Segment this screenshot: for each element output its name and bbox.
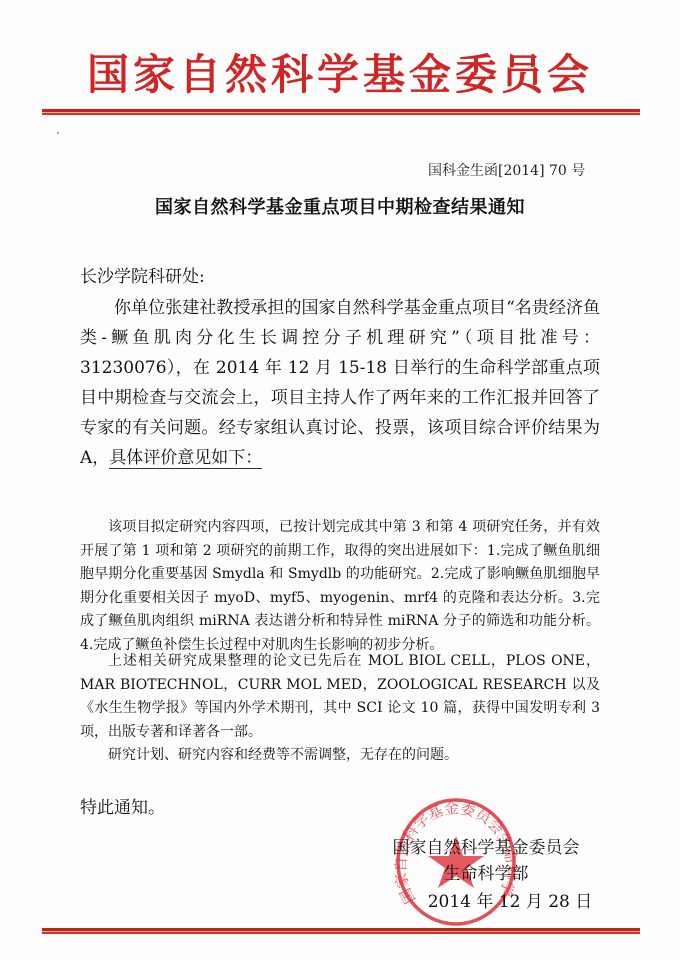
paragraph-summary-text: 你单位张建社教授承担的国家自然科学基金重点项目“名贵经济鱼类-鳜鱼肌肉分化生长调… — [80, 298, 600, 468]
letterhead-title: 国家自然科学基金委员会 — [0, 50, 680, 100]
scan-speck — [57, 132, 59, 134]
document-number: 国科金生函[2014] 70 号 — [428, 160, 585, 180]
paragraph-plan: 研究计划、研究内容和经费等不需调整，无存在的问题。 — [80, 744, 600, 768]
document-title: 国家自然科学基金重点项目中期检查结果通知 — [0, 193, 680, 219]
paragraph-progress: 该项目拟定研究内容四项，已按计划完成其中第 3 和第 4 项研究任务，并有效开展… — [80, 516, 600, 657]
signature-department: 生命科学部 — [384, 859, 588, 884]
document-page: 国家自然科学基金委员会 国科金生函[2014] 70 号 国家自然科学基金重点项… — [0, 0, 680, 960]
letterhead-divider — [42, 109, 640, 115]
paragraph-summary: 你单位张建社教授承担的国家自然科学基金重点项目“名贵经济鱼类-鳜鱼肌肉分化生长调… — [80, 293, 600, 473]
paragraph-publications: 上述相关研究成果整理的论文已先后在 MOL BIOL CELL，PLOS ONE… — [80, 650, 600, 744]
addressee: 长沙学院科研处: — [80, 262, 205, 287]
evaluation-intro-underlined: 具体评价意见如下： — [109, 448, 262, 469]
signature-organization: 国家自然科学基金委员会 — [384, 833, 588, 858]
closing-line: 特此通知。 — [80, 793, 165, 818]
footer-divider — [42, 928, 640, 934]
signature-date: 2014 年 12 月 28 日 — [420, 887, 600, 912]
